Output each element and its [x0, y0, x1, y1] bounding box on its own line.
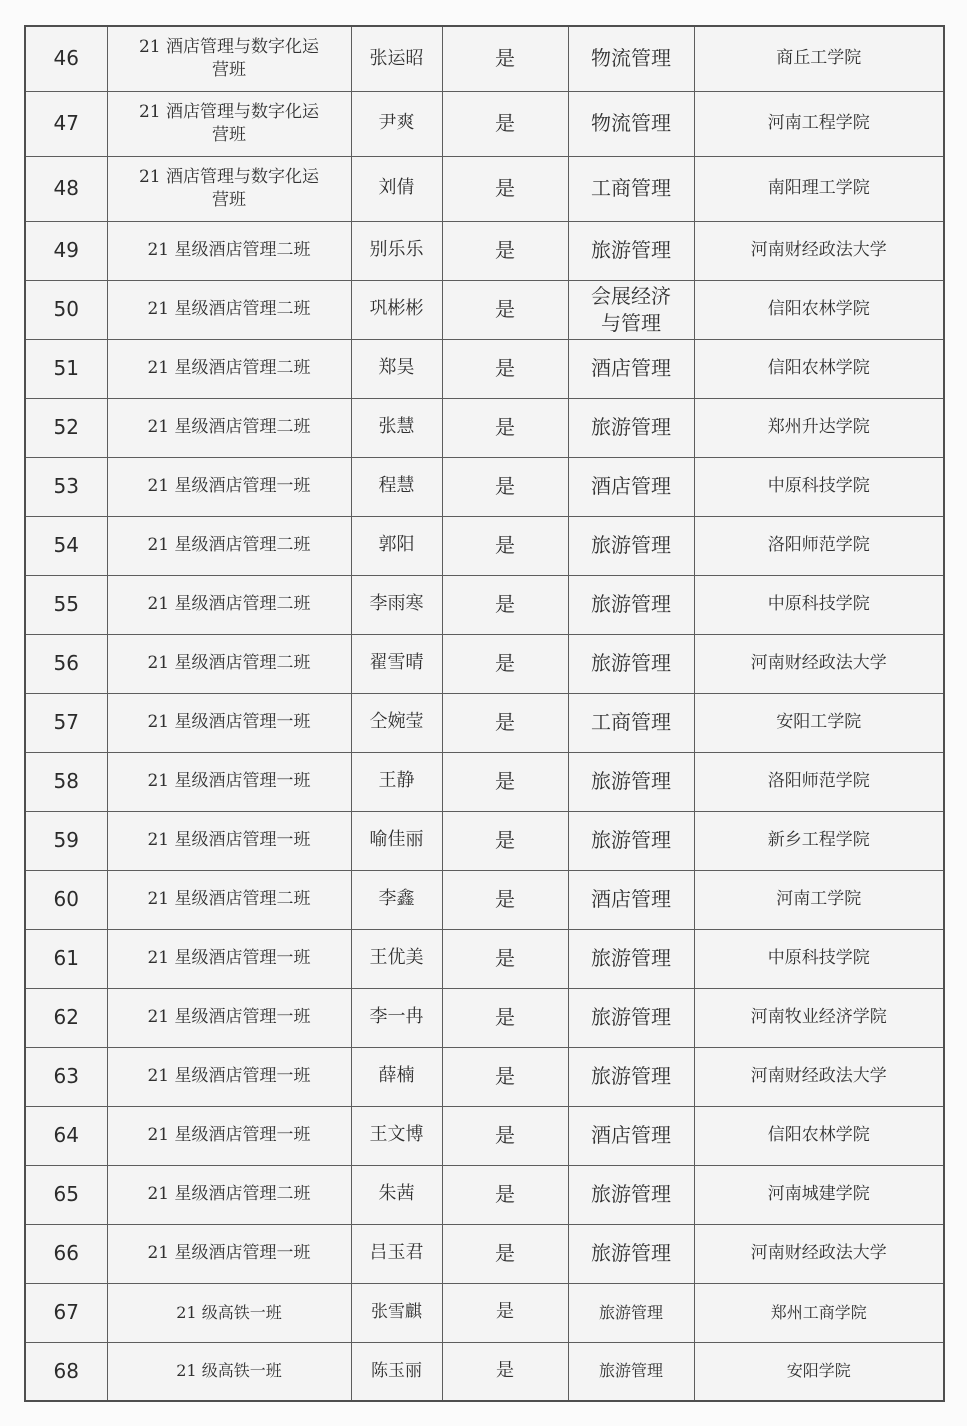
table-row: 55 21 星级酒店管理二班 李雨寒 是 旅游管理 中原科技学院	[25, 575, 944, 634]
cell-confirmed-flag: 是	[442, 929, 568, 988]
cell-row-number: 63	[25, 1047, 107, 1106]
cell-row-number: 51	[25, 339, 107, 398]
cell-class-name: 21 星级酒店管理一班	[107, 988, 351, 1047]
cell-major: 酒店管理	[568, 870, 694, 929]
cell-row-number: 62	[25, 988, 107, 1047]
cell-row-number: 65	[25, 1165, 107, 1224]
cell-row-number: 53	[25, 457, 107, 516]
cell-row-number: 58	[25, 752, 107, 811]
table-row: 66 21 星级酒店管理一班 吕玉君 是 旅游管理 河南财经政法大学	[25, 1224, 944, 1283]
cell-row-number: 64	[25, 1106, 107, 1165]
cell-college: 安阳工学院	[694, 693, 944, 752]
table-row: 51 21 星级酒店管理二班 郑昊 是 酒店管理 信阳农林学院	[25, 339, 944, 398]
cell-confirmed-flag: 是	[442, 870, 568, 929]
cell-class-name: 21 星级酒店管理一班	[107, 693, 351, 752]
table-row: 49 21 星级酒店管理二班 别乐乐 是 旅游管理 河南财经政法大学	[25, 221, 944, 280]
cell-class-name: 21 星级酒店管理二班	[107, 575, 351, 634]
cell-major: 旅游管理	[568, 1165, 694, 1224]
cell-class-name: 21 星级酒店管理一班	[107, 929, 351, 988]
table-row: 61 21 星级酒店管理一班 王优美 是 旅游管理 中原科技学院	[25, 929, 944, 988]
table-row: 60 21 星级酒店管理二班 李鑫 是 酒店管理 河南工学院	[25, 870, 944, 929]
cell-major: 物流管理	[568, 91, 694, 156]
cell-college: 安阳学院	[694, 1342, 944, 1401]
cell-college: 河南财经政法大学	[694, 1224, 944, 1283]
cell-class-name: 21 星级酒店管理二班	[107, 1165, 351, 1224]
cell-confirmed-flag: 是	[442, 575, 568, 634]
table-row: 47 21 酒店管理与数字化运 营班 尹爽 是 物流管理 河南工程学院	[25, 91, 944, 156]
cell-student-name: 吕玉君	[351, 1224, 442, 1283]
table-row: 65 21 星级酒店管理二班 朱茜 是 旅游管理 河南城建学院	[25, 1165, 944, 1224]
cell-row-number: 50	[25, 280, 107, 339]
cell-confirmed-flag: 是	[442, 752, 568, 811]
cell-class-name: 21 星级酒店管理二班	[107, 280, 351, 339]
cell-row-number: 56	[25, 634, 107, 693]
cell-confirmed-flag: 是	[442, 1224, 568, 1283]
cell-row-number: 67	[25, 1283, 107, 1342]
table-row: 46 21 酒店管理与数字化运 营班 张运昭 是 物流管理 商丘工学院	[25, 26, 944, 91]
cell-college: 河南牧业经济学院	[694, 988, 944, 1047]
cell-student-name: 朱茜	[351, 1165, 442, 1224]
cell-student-name: 李一冉	[351, 988, 442, 1047]
cell-major: 旅游管理	[568, 752, 694, 811]
cell-row-number: 47	[25, 91, 107, 156]
table-row: 63 21 星级酒店管理一班 薛楠 是 旅游管理 河南财经政法大学	[25, 1047, 944, 1106]
cell-student-name: 别乐乐	[351, 221, 442, 280]
cell-student-name: 薛楠	[351, 1047, 442, 1106]
cell-confirmed-flag: 是	[442, 1283, 568, 1342]
cell-confirmed-flag: 是	[442, 988, 568, 1047]
table-row: 64 21 星级酒店管理一班 王文博 是 酒店管理 信阳农林学院	[25, 1106, 944, 1165]
cell-row-number: 66	[25, 1224, 107, 1283]
cell-class-name: 21 星级酒店管理二班	[107, 398, 351, 457]
cell-confirmed-flag: 是	[442, 516, 568, 575]
cell-major: 旅游管理	[568, 1283, 694, 1342]
cell-major: 物流管理	[568, 26, 694, 91]
cell-row-number: 48	[25, 156, 107, 221]
cell-confirmed-flag: 是	[442, 1047, 568, 1106]
cell-class-name: 21 星级酒店管理二班	[107, 634, 351, 693]
cell-college: 郑州工商学院	[694, 1283, 944, 1342]
cell-class-name: 21 星级酒店管理一班	[107, 1106, 351, 1165]
cell-student-name: 仝婉莹	[351, 693, 442, 752]
table-row: 53 21 星级酒店管理一班 程慧 是 酒店管理 中原科技学院	[25, 457, 944, 516]
cell-student-name: 刘倩	[351, 156, 442, 221]
table-row: 67 21 级高铁一班 张雪麒 是 旅游管理 郑州工商学院	[25, 1283, 944, 1342]
cell-college: 信阳农林学院	[694, 280, 944, 339]
cell-student-name: 陈玉丽	[351, 1342, 442, 1401]
cell-student-name: 张慧	[351, 398, 442, 457]
cell-major: 旅游管理	[568, 1047, 694, 1106]
cell-student-name: 翟雪晴	[351, 634, 442, 693]
cell-major: 旅游管理	[568, 221, 694, 280]
cell-college: 中原科技学院	[694, 929, 944, 988]
cell-major: 酒店管理	[568, 339, 694, 398]
cell-class-name: 21 酒店管理与数字化运 营班	[107, 156, 351, 221]
cell-student-name: 郑昊	[351, 339, 442, 398]
cell-row-number: 60	[25, 870, 107, 929]
cell-class-name: 21 级高铁一班	[107, 1342, 351, 1401]
cell-confirmed-flag: 是	[442, 221, 568, 280]
cell-student-name: 喻佳丽	[351, 811, 442, 870]
cell-major: 旅游管理	[568, 811, 694, 870]
cell-confirmed-flag: 是	[442, 634, 568, 693]
cell-row-number: 61	[25, 929, 107, 988]
cell-class-name: 21 星级酒店管理二班	[107, 339, 351, 398]
cell-major: 旅游管理	[568, 988, 694, 1047]
roster-table-body: 46 21 酒店管理与数字化运 营班 张运昭 是 物流管理 商丘工学院 47 2…	[25, 26, 944, 1401]
cell-class-name: 21 酒店管理与数字化运 营班	[107, 26, 351, 91]
cell-row-number: 68	[25, 1342, 107, 1401]
cell-major: 工商管理	[568, 693, 694, 752]
cell-college: 信阳农林学院	[694, 1106, 944, 1165]
cell-confirmed-flag: 是	[442, 457, 568, 516]
table-row: 48 21 酒店管理与数字化运 营班 刘倩 是 工商管理 南阳理工学院	[25, 156, 944, 221]
cell-major: 旅游管理	[568, 929, 694, 988]
table-row: 57 21 星级酒店管理一班 仝婉莹 是 工商管理 安阳工学院	[25, 693, 944, 752]
cell-major: 会展经济 与管理	[568, 280, 694, 339]
cell-major: 酒店管理	[568, 457, 694, 516]
cell-college: 南阳理工学院	[694, 156, 944, 221]
cell-confirmed-flag: 是	[442, 1165, 568, 1224]
cell-college: 商丘工学院	[694, 26, 944, 91]
document-page: 46 21 酒店管理与数字化运 营班 张运昭 是 物流管理 商丘工学院 47 2…	[0, 0, 967, 1426]
cell-college: 中原科技学院	[694, 575, 944, 634]
cell-class-name: 21 星级酒店管理一班	[107, 1224, 351, 1283]
cell-class-name: 21 星级酒店管理二班	[107, 221, 351, 280]
cell-college: 河南财经政法大学	[694, 634, 944, 693]
cell-confirmed-flag: 是	[442, 1106, 568, 1165]
cell-college: 河南工程学院	[694, 91, 944, 156]
table-row: 58 21 星级酒店管理一班 王静 是 旅游管理 洛阳师范学院	[25, 752, 944, 811]
cell-student-name: 郭阳	[351, 516, 442, 575]
cell-confirmed-flag: 是	[442, 280, 568, 339]
cell-confirmed-flag: 是	[442, 398, 568, 457]
cell-college: 新乡工程学院	[694, 811, 944, 870]
cell-row-number: 57	[25, 693, 107, 752]
table-row: 68 21 级高铁一班 陈玉丽 是 旅游管理 安阳学院	[25, 1342, 944, 1401]
cell-major: 工商管理	[568, 156, 694, 221]
table-row: 50 21 星级酒店管理二班 巩彬彬 是 会展经济 与管理 信阳农林学院	[25, 280, 944, 339]
cell-confirmed-flag: 是	[442, 91, 568, 156]
cell-student-name: 王静	[351, 752, 442, 811]
student-roster-table: 46 21 酒店管理与数字化运 营班 张运昭 是 物流管理 商丘工学院 47 2…	[24, 25, 945, 1402]
cell-row-number: 54	[25, 516, 107, 575]
cell-college: 洛阳师范学院	[694, 752, 944, 811]
cell-student-name: 李鑫	[351, 870, 442, 929]
cell-confirmed-flag: 是	[442, 156, 568, 221]
cell-student-name: 张雪麒	[351, 1283, 442, 1342]
table-row: 54 21 星级酒店管理二班 郭阳 是 旅游管理 洛阳师范学院	[25, 516, 944, 575]
cell-student-name: 张运昭	[351, 26, 442, 91]
cell-class-name: 21 级高铁一班	[107, 1283, 351, 1342]
cell-student-name: 程慧	[351, 457, 442, 516]
cell-student-name: 王优美	[351, 929, 442, 988]
table-row: 59 21 星级酒店管理一班 喻佳丽 是 旅游管理 新乡工程学院	[25, 811, 944, 870]
cell-major: 旅游管理	[568, 398, 694, 457]
cell-row-number: 59	[25, 811, 107, 870]
cell-class-name: 21 星级酒店管理一班	[107, 1047, 351, 1106]
cell-major: 旅游管理	[568, 1224, 694, 1283]
cell-college: 河南工学院	[694, 870, 944, 929]
cell-class-name: 21 星级酒店管理一班	[107, 457, 351, 516]
cell-confirmed-flag: 是	[442, 693, 568, 752]
cell-confirmed-flag: 是	[442, 811, 568, 870]
cell-major: 旅游管理	[568, 575, 694, 634]
cell-college: 河南财经政法大学	[694, 221, 944, 280]
cell-confirmed-flag: 是	[442, 26, 568, 91]
cell-row-number: 49	[25, 221, 107, 280]
cell-student-name: 尹爽	[351, 91, 442, 156]
cell-college: 河南财经政法大学	[694, 1047, 944, 1106]
cell-row-number: 52	[25, 398, 107, 457]
cell-college: 河南城建学院	[694, 1165, 944, 1224]
table-row: 56 21 星级酒店管理二班 翟雪晴 是 旅游管理 河南财经政法大学	[25, 634, 944, 693]
cell-student-name: 王文博	[351, 1106, 442, 1165]
cell-major: 旅游管理	[568, 1342, 694, 1401]
cell-class-name: 21 星级酒店管理二班	[107, 516, 351, 575]
cell-class-name: 21 星级酒店管理一班	[107, 752, 351, 811]
cell-major: 旅游管理	[568, 516, 694, 575]
cell-college: 信阳农林学院	[694, 339, 944, 398]
cell-class-name: 21 星级酒店管理二班	[107, 870, 351, 929]
cell-row-number: 55	[25, 575, 107, 634]
cell-college: 洛阳师范学院	[694, 516, 944, 575]
cell-class-name: 21 星级酒店管理一班	[107, 811, 351, 870]
cell-student-name: 李雨寒	[351, 575, 442, 634]
cell-confirmed-flag: 是	[442, 1342, 568, 1401]
cell-student-name: 巩彬彬	[351, 280, 442, 339]
cell-major: 酒店管理	[568, 1106, 694, 1165]
cell-major: 旅游管理	[568, 634, 694, 693]
cell-class-name: 21 酒店管理与数字化运 营班	[107, 91, 351, 156]
cell-row-number: 46	[25, 26, 107, 91]
cell-college: 中原科技学院	[694, 457, 944, 516]
table-row: 62 21 星级酒店管理一班 李一冉 是 旅游管理 河南牧业经济学院	[25, 988, 944, 1047]
table-row: 52 21 星级酒店管理二班 张慧 是 旅游管理 郑州升达学院	[25, 398, 944, 457]
cell-college: 郑州升达学院	[694, 398, 944, 457]
cell-confirmed-flag: 是	[442, 339, 568, 398]
